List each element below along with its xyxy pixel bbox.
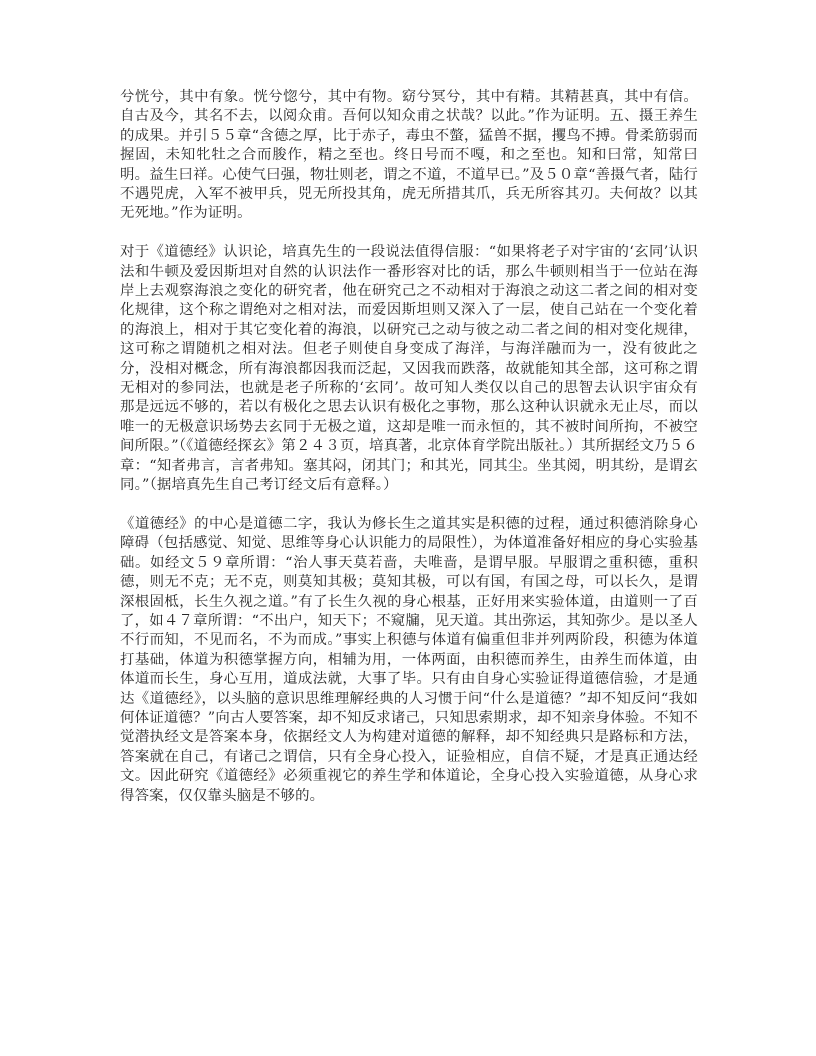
- paragraph-daode-center-conclusion: 《道德经》的中心是道德二字，我认为修长生之道其实是积德的过程，通过积德消除身心障…: [120, 515, 698, 806]
- paragraph-epistemology-peizhen-quote: 对于《道德经》认识论，培真先生的一段说法值得信服：“如果将老子对宇宙的‘玄同’认…: [120, 243, 698, 495]
- paragraph-daodejing-evidence: 兮恍兮，其中有象。恍兮惚兮，其中有物。窈兮冥兮，其中有精。其精甚真，其中有信。自…: [120, 88, 698, 224]
- document-page: 兮恍兮，其中有象。恍兮惚兮，其中有物。窈兮冥兮，其中有精。其精甚真，其中有信。自…: [0, 0, 816, 1056]
- document-text-block: 兮恍兮，其中有象。恍兮惚兮，其中有物。窈兮冥兮，其中有精。其精甚真，其中有信。自…: [120, 88, 698, 806]
